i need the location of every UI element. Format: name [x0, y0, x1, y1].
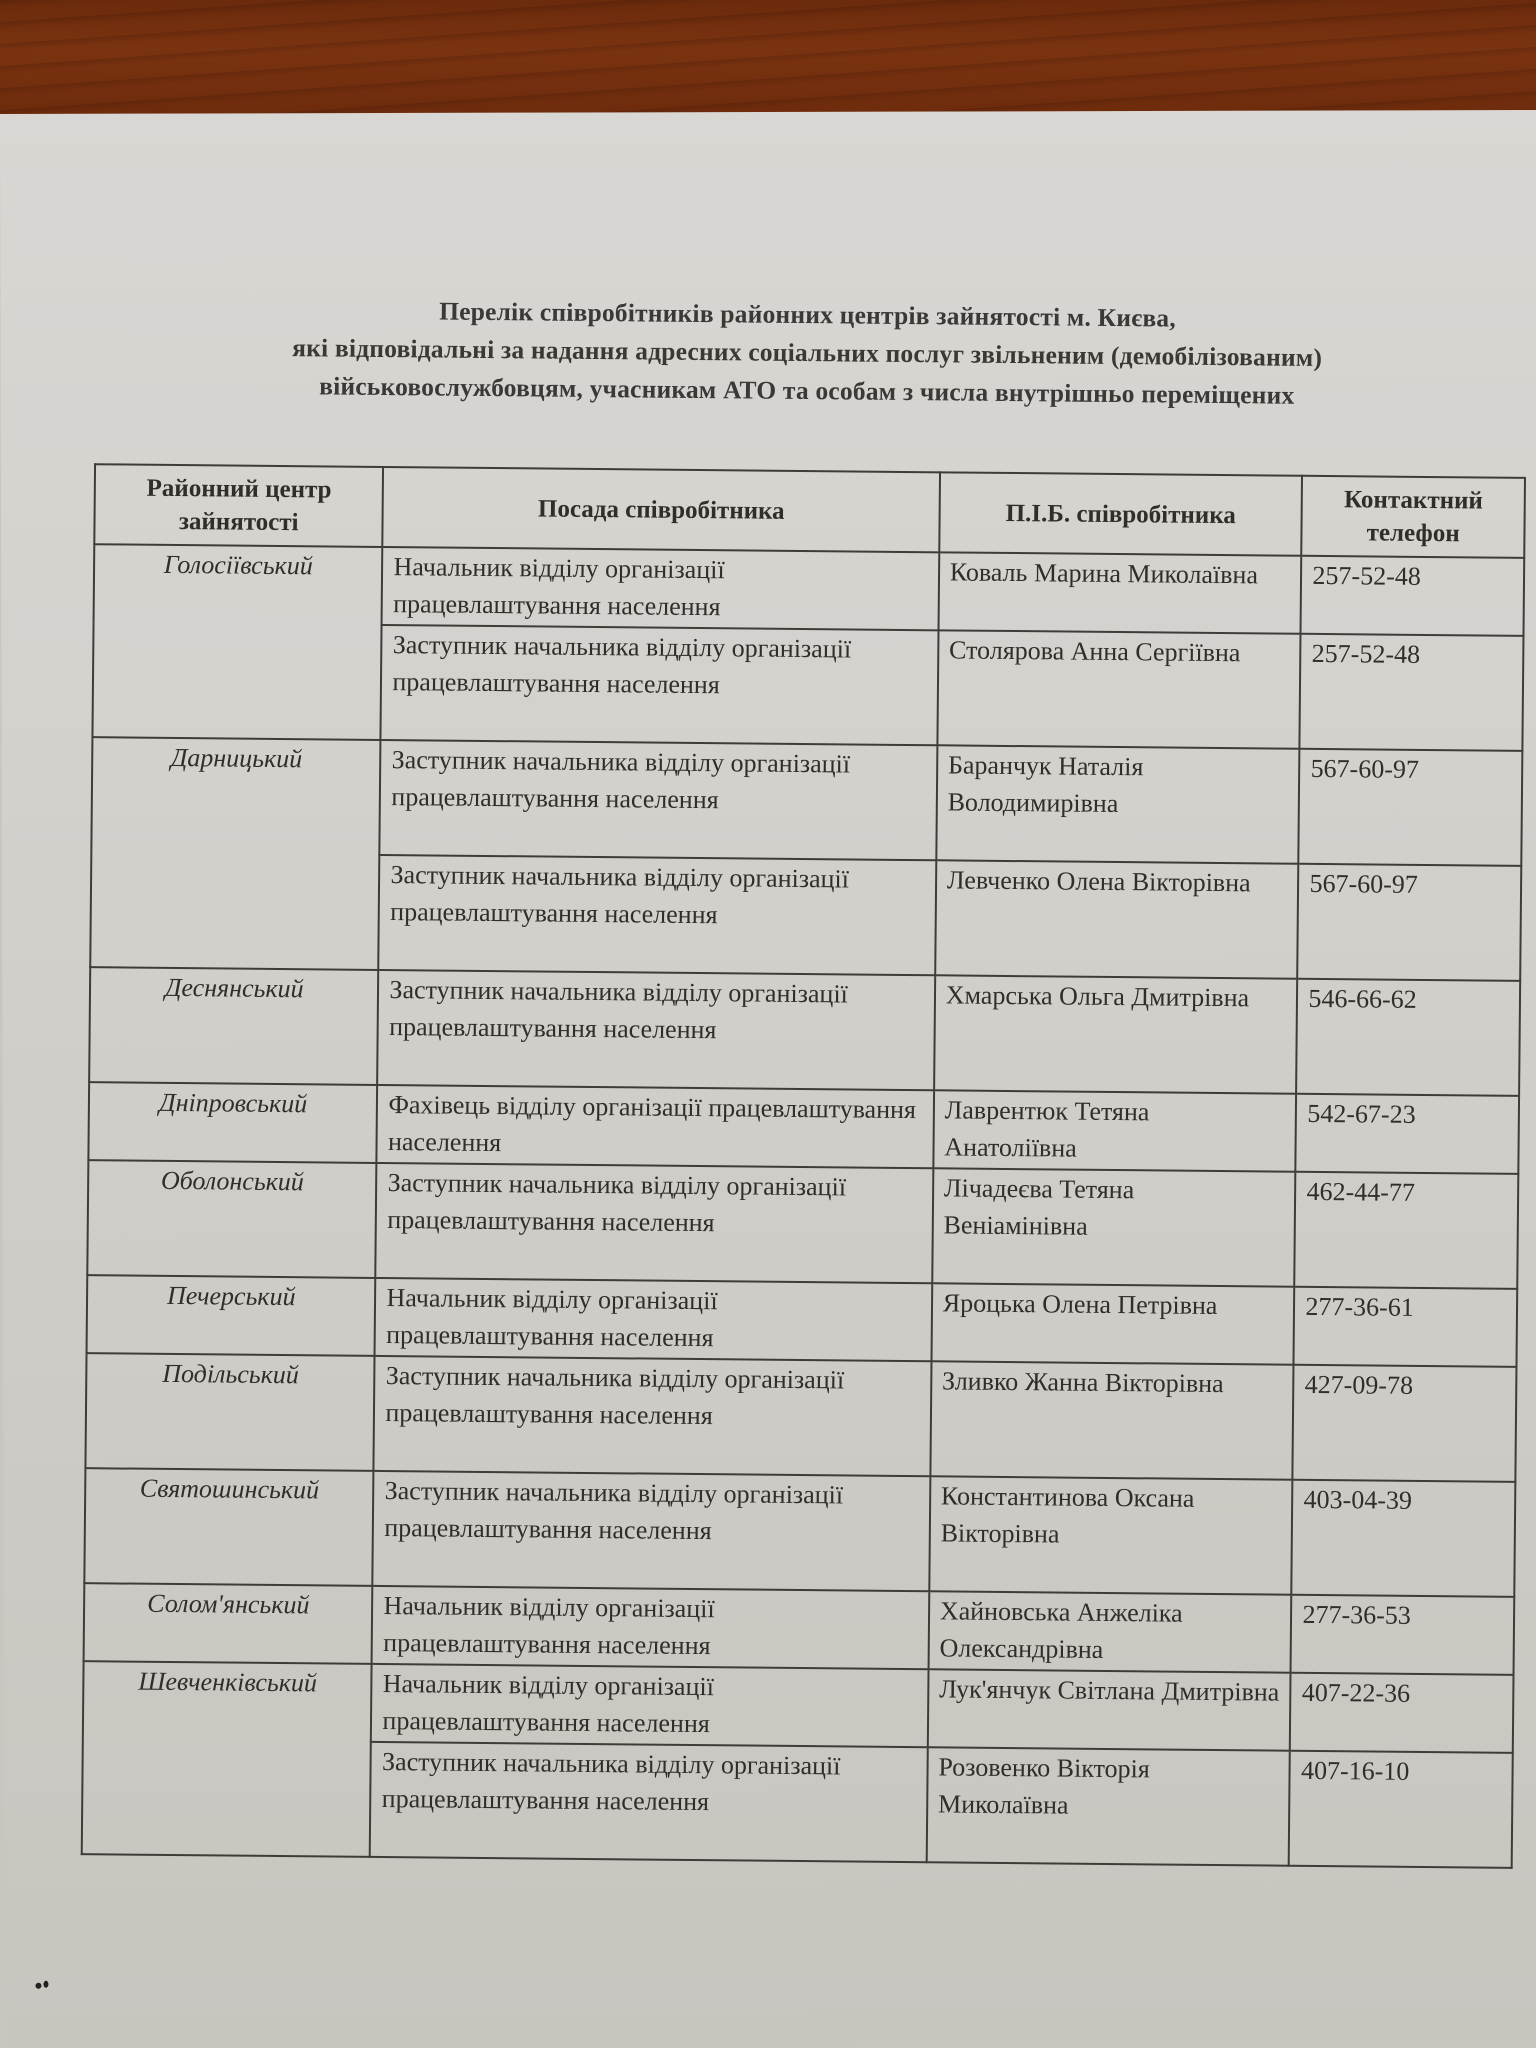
district-cell: Дарницький: [90, 737, 381, 970]
district-cell: Оболонський: [87, 1160, 377, 1278]
position-cell: Заступник начальника відділу організації…: [376, 1163, 933, 1283]
position-cell: Начальник відділу організації працевлашт…: [372, 1586, 929, 1669]
table-row: Солом'янськийНачальник відділу організац…: [84, 1583, 1515, 1675]
name-cell: Лічадеєва Тетяна Веніамінівна: [932, 1168, 1296, 1286]
district-cell: Голосіївський: [92, 544, 382, 740]
header-name: П.І.Б. співробітника: [939, 472, 1302, 555]
phone-cell: 403-04-39: [1292, 1480, 1516, 1597]
name-cell: Хайновська Анжеліка Олександрівна: [928, 1591, 1291, 1672]
ink-speck: [35, 1983, 41, 1989]
phone-cell: 407-16-10: [1289, 1751, 1513, 1868]
table-body: ГолосіївськийНачальник відділу організац…: [82, 544, 1525, 1868]
table-row: ДеснянськийЗаступник начальника відділу …: [89, 967, 1520, 1096]
phone-cell: 546-66-62: [1297, 979, 1521, 1096]
position-cell: Заступник начальника відділу організації…: [374, 1356, 931, 1476]
position-cell: Заступник начальника відділу організації…: [373, 1471, 930, 1591]
table-row: ГолосіївськийНачальник відділу організац…: [94, 544, 1525, 636]
name-cell: Коваль Марина Миколаївна: [938, 552, 1301, 633]
table-row: ОболонськийЗаступник начальника відділу …: [87, 1160, 1518, 1289]
phone-cell: 277-36-61: [1294, 1287, 1517, 1367]
position-cell: Начальник відділу організації працевлашт…: [375, 1278, 932, 1361]
name-cell: Хмарська Ольга Дмитрівна: [934, 975, 1298, 1093]
district-cell: Солом'янський: [84, 1583, 373, 1664]
table-row: ШевченківськийНачальник відділу організа…: [83, 1661, 1514, 1753]
phone-cell: 407-22-36: [1290, 1673, 1513, 1753]
name-cell: Баранчук Наталія Володимирівна: [936, 745, 1300, 863]
name-cell: Розовенко Вікторія Миколаївна: [926, 1747, 1290, 1865]
header-position: Посада співробітника: [383, 467, 940, 552]
table-row: ПечерськийНачальник відділу організації …: [87, 1275, 1518, 1367]
name-cell: Левченко Олена Вікторівна: [935, 860, 1299, 978]
district-cell: Дніпровський: [88, 1082, 377, 1163]
phone-cell: 277-36-53: [1291, 1595, 1514, 1675]
phone-cell: 567-60-97: [1299, 749, 1523, 866]
district-cell: Печерський: [87, 1275, 376, 1356]
position-cell: Заступник начальника відділу організації…: [370, 1742, 927, 1862]
document-content: Перелік співробітників районних центрів …: [0, 0, 1536, 2048]
district-cell: Подільський: [85, 1353, 375, 1471]
phone-cell: 567-60-97: [1298, 864, 1522, 981]
name-cell: Зливко Жанна Вікторівна: [930, 1361, 1294, 1479]
district-cell: Святошинський: [84, 1468, 374, 1586]
position-cell: Начальник відділу організації працевлашт…: [371, 1664, 928, 1747]
header-district: Районний центр зайнятості: [94, 464, 383, 547]
table-row: ДарницькийЗаступник начальника відділу о…: [91, 737, 1522, 866]
name-cell: Константинова Оксана Вікторівна: [929, 1476, 1293, 1594]
position-cell: Заступник начальника відділу організації…: [379, 855, 936, 975]
position-cell: Заступник начальника відділу організації…: [380, 740, 937, 860]
phone-cell: 257-52-48: [1301, 556, 1524, 636]
staff-table: Районний центр зайнятості Посада співроб…: [81, 463, 1526, 1869]
name-cell: Лаврентюк Тетяна Анатоліївна: [933, 1090, 1296, 1171]
header-phone: Контактний телефон: [1302, 476, 1525, 558]
table-row: СвятошинськийЗаступник начальника відділ…: [84, 1468, 1515, 1597]
position-cell: Фахівець відділу організації працевлашту…: [377, 1085, 934, 1168]
name-cell: Яроцька Олена Петрівна: [931, 1283, 1294, 1364]
position-cell: Начальник відділу організації працевлашт…: [382, 547, 939, 630]
phone-cell: 462-44-77: [1295, 1172, 1519, 1289]
name-cell: Столярова Анна Сергіївна: [937, 630, 1301, 748]
name-cell: Лук'янчук Світлана Дмитрівна: [928, 1669, 1291, 1750]
ink-speck: [43, 1981, 48, 1988]
table-header-row: Районний центр зайнятості Посада співроб…: [94, 464, 1525, 558]
district-cell: Шевченківський: [82, 1661, 372, 1857]
position-cell: Заступник начальника відділу організації…: [381, 625, 938, 745]
table-row: ПодільськийЗаступник начальника відділу …: [85, 1353, 1516, 1482]
phone-cell: 427-09-78: [1293, 1365, 1517, 1482]
table-row: ДніпровськийФахівець відділу організації…: [88, 1082, 1519, 1174]
phone-cell: 542-67-23: [1296, 1094, 1519, 1174]
document-title: Перелік співробітників районних центрів …: [107, 289, 1508, 416]
district-cell: Деснянський: [89, 967, 379, 1085]
phone-cell: 257-52-48: [1300, 634, 1524, 751]
position-cell: Заступник начальника відділу організації…: [378, 970, 935, 1090]
